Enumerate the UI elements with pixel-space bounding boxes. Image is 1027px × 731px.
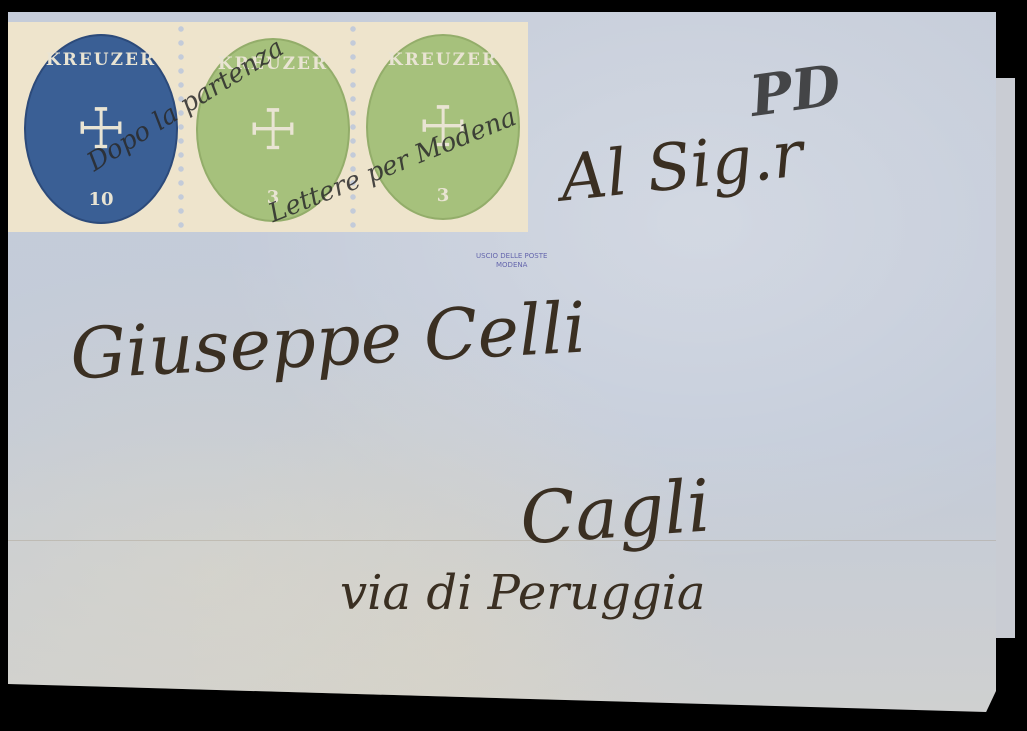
handstamp-line-2: MODENA	[476, 261, 547, 270]
destination-city: Cagli	[517, 463, 713, 560]
fold-line	[8, 540, 996, 541]
stamp-value: 3	[437, 185, 450, 206]
eagle-icon: ☩	[248, 98, 298, 163]
stamp-ring-text: KREUZER	[46, 50, 156, 70]
small-handstamp: USCIO DELLE POSTE MODENA	[476, 252, 547, 270]
handstamp-line-1: USCIO DELLE POSTE	[476, 252, 547, 261]
routing-note: via di Peruggia	[340, 565, 706, 621]
stamp-value: 10	[88, 189, 113, 210]
stamp-ring-text: KREUZER	[388, 50, 498, 70]
